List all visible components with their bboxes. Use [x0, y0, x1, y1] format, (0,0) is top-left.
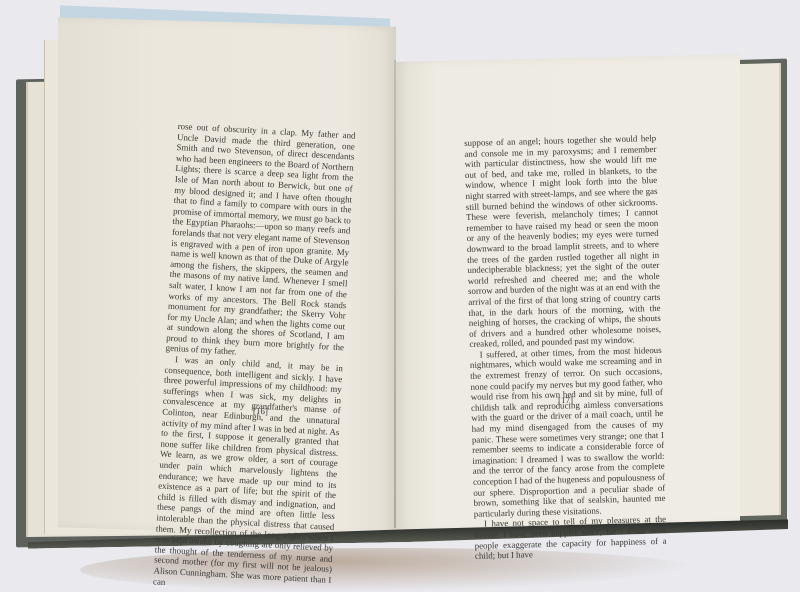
book-gutter — [394, 60, 396, 528]
page-number-left: [16] — [253, 406, 268, 417]
paragraph: suppose of an angel; hours together she … — [464, 133, 661, 350]
paragraph: I suffered, at other times, from the mos… — [470, 345, 666, 519]
paragraph: I have not space to tell of my pleasures… — [474, 514, 667, 561]
right-page-text: suppose of an angel; hours together she … — [464, 133, 667, 562]
paragraph: I was an only child and, it may be in co… — [153, 354, 343, 592]
paragraph: rose out of obscurity in a clap. My fath… — [165, 121, 355, 363]
page-number-right: [17] — [558, 395, 573, 405]
left-page-text: rose out of obscurity in a clap. My fath… — [153, 121, 356, 592]
photo-scene: rose out of obscurity in a clap. My fath… — [0, 0, 800, 592]
